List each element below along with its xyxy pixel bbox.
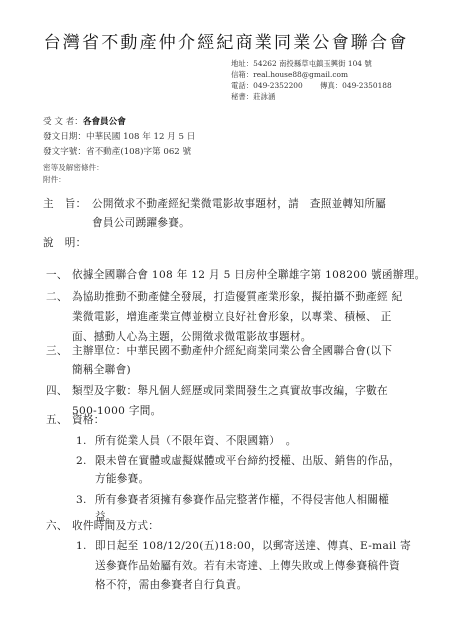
subitem-text: 限未曾在實體或虛擬媒體或平台締約授權、出版、銷售的作品， — [95, 454, 400, 469]
contact-fax: 傳真：049-2350188 — [320, 81, 392, 91]
subitem-number: 1. — [76, 434, 87, 449]
item-number: 二、 — [46, 290, 68, 305]
document-number: 發文字號：省不動產(108)字第 062 號 — [43, 146, 191, 158]
classification-line: 密等及解密條件： — [43, 162, 104, 173]
contact-email: 信箱：real.house88@gmail.com — [231, 70, 348, 80]
item-number: 五、 — [46, 413, 68, 428]
subitem-number: 2. — [76, 454, 87, 469]
item-number: 一、 — [46, 268, 68, 283]
item-text: 業微電影，增進產業宣傳並樹立良好社會形象，以專業、積極、 正 — [72, 310, 392, 325]
item-text: 簡稱全聯會) — [72, 363, 131, 378]
item-text: 資格： — [72, 413, 105, 428]
subitem-text: 所有參賽者須擁有參賽作品完整著作權，不得侵害他人相關權 — [95, 493, 389, 508]
subject-label: 主 旨： — [43, 197, 87, 212]
item-text: 為協助推動不動產健全發展，打造優質產業形象，擬拍攝不動產經 紀 — [72, 290, 402, 305]
recipient-line: 受 文 者：各會員公會 — [43, 116, 126, 128]
recipient-label: 受 文 者： — [43, 117, 83, 127]
issue-date: 發文日期：中華民國 108 年 12 月 5 日 — [43, 131, 195, 143]
item-text: 主辦單位：中華民國不動產仲介經紀商業同業公會全國聯合會(以下 — [72, 344, 392, 359]
subitem-text: 方能參賽。 — [95, 472, 149, 487]
contact-address: 地址：54262 南投縣草屯鎮玉興街 104 號 — [231, 59, 372, 69]
item-number: 六、 — [46, 519, 68, 534]
subitem-text: 所有從業人員（不限年資、不限國籍） 。 — [95, 434, 297, 449]
recipient-value: 各會員公會 — [83, 117, 126, 127]
subitem-number: 1. — [76, 539, 87, 554]
subitem-text: 送參賽作品始屬有效。若有未寄達、上傳失敗或上傳參賽稿件資 — [95, 559, 400, 574]
subject-line-1: 公開徵求不動產經紀業微電影故事題材，請 查照並轉知所屬 — [92, 197, 386, 212]
subject-line-2: 會員公司踴躍參賽。 — [92, 216, 190, 231]
item-text: 收件時間及方式： — [72, 519, 159, 534]
organization-title: 台灣省不動產仲介經紀商業同業公會聯合會 — [0, 28, 452, 53]
item-text: 類型及字數：舉凡個人經歷或同業間發生之真實故事改編，字數在 — [72, 384, 388, 399]
contact-secretary: 秘書：莊詠涵 — [231, 92, 275, 102]
attachment-line: 附件： — [43, 174, 66, 185]
contact-phone: 電話：049-2352200 — [231, 81, 303, 91]
explanation-label: 說 明： — [43, 236, 87, 251]
subitem-text: 格不符，需由參賽者自行負責。 — [95, 578, 248, 593]
subitem-number: 3. — [76, 493, 87, 508]
subitem-text: 即日起至 108/12/20(五)18:00，以郵寄送達、傳真、E-mail 寄 — [95, 539, 411, 554]
item-number: 三、 — [46, 344, 68, 359]
item-text: 依據全國聯合會 108 年 12 月 5 日房仲全聯雄字第 108200 號函辦… — [72, 268, 425, 283]
item-text: 面、撼動人心為主題，公開徵求微電影故事題材。 — [72, 330, 312, 345]
item-number: 四、 — [46, 384, 68, 399]
